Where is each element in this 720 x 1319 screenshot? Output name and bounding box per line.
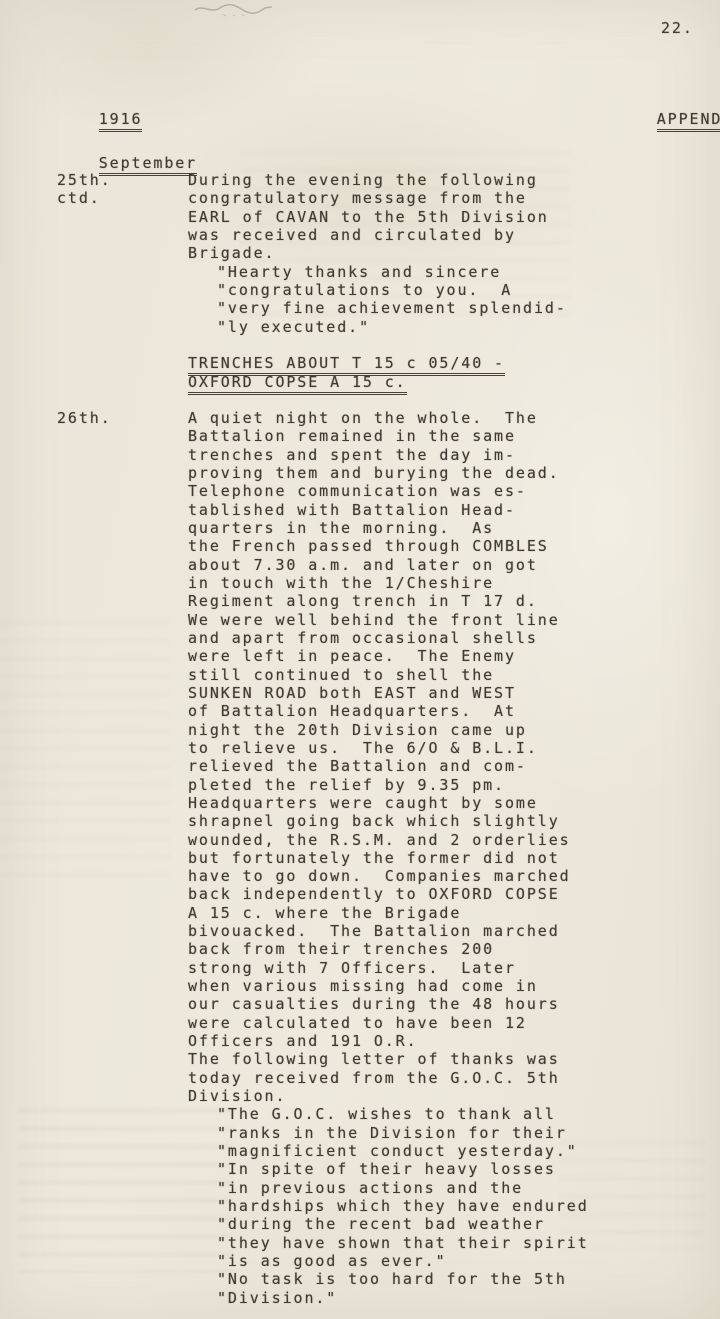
page-number: 22. [661, 19, 694, 37]
entry-text-line: our casualties during the 48 hours [188, 995, 560, 1013]
entry-text-line: "In spite of their heavy losses [217, 1160, 556, 1178]
entry-text-line: night the 20th Division came up [188, 721, 527, 739]
appendix-label-text: APPENDIX [657, 110, 720, 132]
paper-ghosting [0, 620, 170, 880]
entry-text-line: "during the recent bad weather [217, 1215, 545, 1233]
entry-text-line: "ly executed." [217, 318, 370, 336]
entry-text-line: proving them and burying the dead. [188, 464, 560, 482]
entry-text-line: pleted the relief by 9.35 pm. [188, 776, 505, 794]
entry-text-line: relieved the Battalion and com- [188, 757, 527, 775]
entry-text-line: still continued to shell the [188, 666, 494, 684]
entry-text-line: "No task is too hard for the 5th [217, 1270, 567, 1288]
entry-text-line: when various missing had come in [188, 977, 538, 995]
entry-text-line: "in previous actions and the [217, 1179, 523, 1197]
entry-text-line: Brigade. [188, 244, 275, 262]
entry-text-line: "Division." [217, 1289, 337, 1307]
entry-text-line: was received and circulated by [188, 226, 516, 244]
entry-text-line: During the evening the following [188, 171, 538, 189]
paper-ghosting [18, 1108, 233, 1273]
entry-text-line: Headquarters were caught by some [188, 794, 538, 812]
entry-date-label: ctd. [57, 189, 101, 207]
entry-text-line: congratulatory message from the [188, 189, 527, 207]
month-heading-text: September [99, 154, 197, 176]
entry-text-line: have to go down. Companies marched [188, 867, 571, 885]
section-heading-line: OXFORD COPSE A 15 c. [188, 373, 407, 395]
entry-text-line: trenches and spent the day im- [188, 446, 516, 464]
entry-date-label: 25th. [57, 171, 112, 189]
entry-text-line: Division. [188, 1087, 286, 1105]
entry-text-line: "The G.O.C. wishes to thank all [217, 1105, 556, 1123]
entry-date-label: 26th. [57, 409, 112, 427]
entry-text-line: SUNKEN ROAD both EAST and WEST [188, 684, 516, 702]
entry-text-line: "ranks in the Division for their [217, 1124, 567, 1142]
entry-text-line: "very fine achievement splendid- [217, 299, 567, 317]
entry-text-line: We were well behind the front line [188, 611, 560, 629]
entry-text-line: to relieve us. The 6/O & B.L.I. [188, 739, 538, 757]
entry-text-line: The following letter of thanks was [188, 1050, 560, 1068]
entry-text-line: "is as good as ever." [217, 1252, 447, 1270]
entry-text-line: about 7.30 a.m. and later on got [188, 556, 538, 574]
pencil-smudge [193, 1, 275, 19]
entry-text-line: shrapnel going back which slightly [188, 812, 560, 830]
entry-text-line: bivouacked. The Battalion marched [188, 922, 560, 940]
entry-text-line: EARL of CAVAN to the 5th Division [188, 208, 549, 226]
entry-text-line: "congratulations to you. A [217, 281, 512, 299]
entry-text-line: "Hearty thanks and sincere [217, 263, 501, 281]
entry-text-line: Telephone communication was es- [188, 482, 527, 500]
entry-text-line: A quiet night on the whole. The [188, 409, 538, 427]
entry-text-line: were calculated to have been 12 [188, 1014, 527, 1032]
appendix-label: APPENDIX [613, 92, 720, 150]
entry-text-line: strong with 7 Officers. Later [188, 959, 516, 977]
entry-text-line: in touch with the 1/Cheshire [188, 574, 494, 592]
entry-text-line: the French passed through COMBLES [188, 537, 549, 555]
entry-text-line: Battalion remained in the same [188, 427, 516, 445]
entry-text-line: "they have shown that their spirit [217, 1234, 589, 1252]
entry-text-line: back from their trenches 200 [188, 940, 494, 958]
entry-text-line: "hardships which they have endured [217, 1197, 589, 1215]
section-heading-text: OXFORD COPSE A 15 c. [188, 373, 407, 395]
entry-text-line: and apart from occasional shells [188, 629, 538, 647]
entry-text-line: Regiment along trench in T 17 d. [188, 592, 538, 610]
entry-text-line: were left in peace. The Enemy [188, 647, 516, 665]
entry-text-line: Officers and 191 O.R. [188, 1032, 418, 1050]
entry-text-line: back independently to OXFORD COPSE [188, 885, 560, 903]
entry-text-line: but fortunately the former did not [188, 849, 560, 867]
entry-text-line: tablished with Battalion Head- [188, 501, 516, 519]
year-heading-text: 1916 [99, 110, 143, 132]
diary-page: 22. 1916 APPENDIX September 25th.ctd.Dur… [0, 0, 720, 1319]
entry-text-line: quarters in the morning. As [188, 519, 494, 537]
entry-text-line: wounded, the R.S.M. and 2 orderlies [188, 831, 571, 849]
entry-text-line: "magnificient conduct yesterday." [217, 1142, 578, 1160]
entry-text-line: A 15 c. where the Brigade [188, 904, 461, 922]
entry-text-line: today received from the G.O.C. 5th [188, 1069, 560, 1087]
entry-text-line: of Battalion Headquarters. At [188, 702, 516, 720]
